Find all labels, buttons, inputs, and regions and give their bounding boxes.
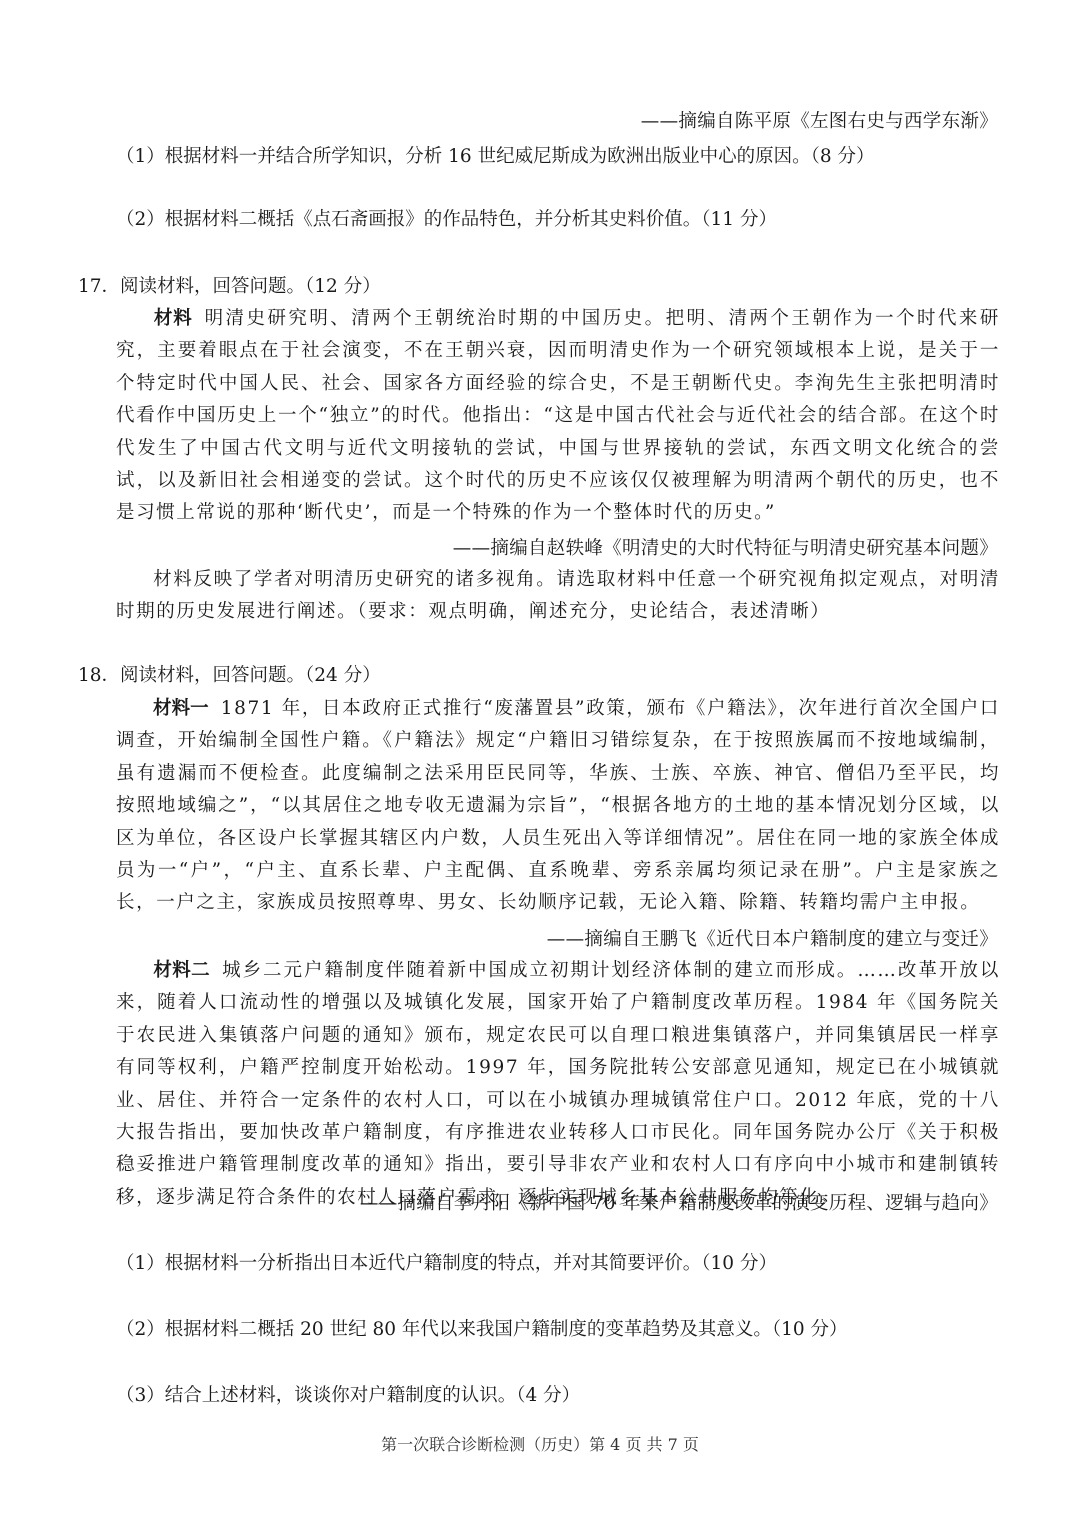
question-17-material: 材料明清史研究明、清两个王朝统治时期的中国历史。把明、清两个王朝作为一个时代来研…	[116, 303, 1000, 530]
page-footer: 第一次联合诊断检测（历史）第 4 页 共 7 页	[0, 1434, 1080, 1456]
prev-question-source: ——摘编自陈平原《左图右史与西学东渐》	[641, 110, 998, 134]
material-text: 城乡二元户籍制度伴随着新中国成立初期计划经济体制的建立而形成。……改革开放以来，…	[116, 960, 1000, 1208]
question-17-source: ——摘编自赵轶峰《明清史的大时代特征与明清史研究基本问题》	[453, 537, 998, 561]
question-18-material-1: 材料一1871 年，日本政府正式推行“废藩置县”政策，颁布《户籍法》，次年进行首…	[116, 693, 1000, 920]
question-18-material-2: 材料二城乡二元户籍制度伴随着新中国成立初期计划经济体制的建立而形成。……改革开放…	[116, 955, 1000, 1214]
material-text: 1871 年，日本政府正式推行“废藩置县”政策，颁布《户籍法》，次年进行首次全国…	[116, 698, 1000, 913]
question-18-material-2-source: ——摘编自李丹阳《新中国 70 年来户籍制度改革的演变历程、逻辑与趋向》	[360, 1192, 998, 1216]
material-label: 材料一	[153, 698, 209, 719]
question-17-prompt: 材料反映了学者对明清历史研究的诸多视角。请选取材料中任意一个研究视角拟定观点，对…	[116, 564, 1000, 629]
question-18-sub-question-3: （3）结合上述材料，谈谈你对户籍制度的认识。（4 分）	[116, 1384, 580, 1408]
material-label: 材料二	[153, 960, 210, 981]
exam-page: ——摘编自陈平原《左图右史与西学东渐》 （1）根据材料一并结合所学知识，分析 1…	[0, 0, 1080, 1527]
question-18-material-1-source: ——摘编自王鹏飞《近代日本户籍制度的建立与变迁》	[547, 928, 998, 952]
prompt-text: 材料反映了学者对明清历史研究的诸多视角。请选取材料中任意一个研究视角拟定观点，对…	[116, 569, 1000, 622]
material-label: 材料	[153, 308, 193, 329]
prev-sub-question-1: （1）根据材料一并结合所学知识，分析 16 世纪威尼斯成为欧洲出版业中心的原因。…	[116, 145, 874, 169]
prev-sub-question-2: （2）根据材料二概括《点石斋画报》的作品特色，并分析其史料价值。（11 分）	[116, 208, 777, 232]
question-18-sub-question-1: （1）根据材料一分析指出日本近代户籍制度的特点，并对其简要评价。（10 分）	[116, 1252, 777, 1276]
question-17-title: 17．阅读材料，回答问题。（12 分）	[78, 275, 381, 299]
question-18-sub-question-2: （2）根据材料二概括 20 世纪 80 年代以来我国户籍制度的变革趋势及其意义。…	[116, 1318, 848, 1342]
material-text: 明清史研究明、清两个王朝统治时期的中国历史。把明、清两个王朝作为一个时代来研究，…	[116, 308, 1000, 523]
question-18-title: 18．阅读材料，回答问题。（24 分）	[78, 664, 381, 688]
